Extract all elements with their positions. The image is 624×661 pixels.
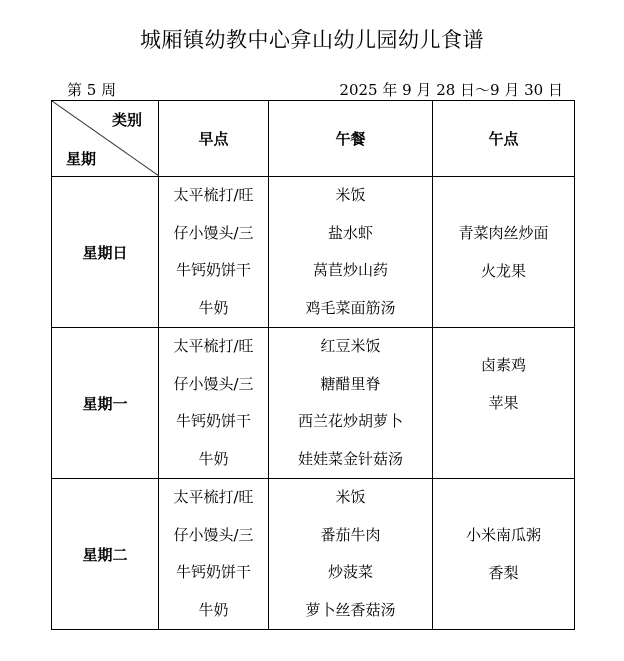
lunch-cell: 米饭 盐水虾 莴苣炒山药 鸡毛菜面筋汤: [269, 177, 433, 328]
menu-item: 牛钙奶饼干: [159, 554, 268, 592]
menu-item: 苹果: [433, 384, 574, 422]
breakfast-cell: 太平梳打/旺 仔小馒头/三 牛钙奶饼干 牛奶: [159, 177, 269, 328]
menu-item: 莴苣炒山药: [269, 252, 432, 290]
date-range: 2025 年 9 月 28 日～9 月 30 日: [339, 79, 563, 100]
corner-cell: 类别 星期: [52, 101, 159, 177]
lunch-cell: 红豆米饭 糖醋里脊 西兰花炒胡萝卜 娃娃菜金针菇汤: [269, 328, 433, 479]
table-row: 星期一 太平梳打/旺 仔小馒头/三 牛钙奶饼干 牛奶 红豆米饭 糖醋里脊 西兰花…: [52, 328, 575, 479]
menu-item: 番茄牛肉: [269, 517, 432, 555]
menu-item: 小米南瓜粥: [433, 516, 574, 554]
week-label: 第 5 周: [67, 79, 116, 100]
menu-item: 米饭: [269, 479, 432, 517]
column-header-breakfast: 早点: [159, 101, 269, 177]
menu-item: 火龙果: [433, 252, 574, 290]
menu-item: 青菜肉丝炒面: [433, 214, 574, 252]
breakfast-cell: 太平梳打/旺 仔小馒头/三 牛钙奶饼干 牛奶: [159, 328, 269, 479]
weekday-label: 星期: [66, 148, 96, 169]
menu-item: 太平梳打/旺: [159, 479, 268, 517]
menu-item: 鸡毛菜面筋汤: [269, 290, 432, 328]
day-cell: 星期日: [52, 177, 159, 328]
menu-item: 太平梳打/旺: [159, 177, 268, 215]
menu-item: 西兰花炒胡萝卜: [269, 403, 432, 441]
menu-item: 太平梳打/旺: [159, 328, 268, 366]
menu-item: 牛奶: [159, 290, 268, 328]
menu-item: 仔小馒头/三: [159, 366, 268, 404]
menu-item: 卤素鸡: [433, 346, 574, 384]
table-row: 星期二 太平梳打/旺 仔小馒头/三 牛钙奶饼干 牛奶 米饭 番茄牛肉 炒菠菜 萝…: [52, 479, 575, 630]
menu-item: 牛钙奶饼干: [159, 252, 268, 290]
snack-cell: 小米南瓜粥 香梨: [433, 479, 575, 630]
menu-item: 娃娃菜金针菇汤: [269, 441, 432, 479]
day-cell: 星期一: [52, 328, 159, 479]
menu-item: 炒菠菜: [269, 554, 432, 592]
snack-cell: 青菜肉丝炒面 火龙果: [433, 177, 575, 328]
lunch-cell: 米饭 番茄牛肉 炒菠菜 萝卜丝香菇汤: [269, 479, 433, 630]
snack-cell: 卤素鸡 苹果: [433, 328, 575, 479]
menu-item: 仔小馒头/三: [159, 215, 268, 253]
menu-item: 米饭: [269, 177, 432, 215]
day-cell: 星期二: [52, 479, 159, 630]
category-label: 类别: [112, 109, 142, 130]
menu-item: 牛钙奶饼干: [159, 403, 268, 441]
column-header-snack: 午点: [433, 101, 575, 177]
header-row: 类别 星期 早点 午餐 午点: [52, 101, 575, 177]
document-title: 城厢镇幼教中心弇山幼儿园幼儿食谱: [0, 24, 624, 54]
menu-item: 牛奶: [159, 592, 268, 630]
menu-table: 类别 星期 早点 午餐 午点 星期日 太平梳打/旺 仔小馒头/三 牛钙奶饼干 牛…: [51, 100, 575, 630]
table-row: 星期日 太平梳打/旺 仔小馒头/三 牛钙奶饼干 牛奶 米饭 盐水虾 莴苣炒山药 …: [52, 177, 575, 328]
menu-item: 红豆米饭: [269, 328, 432, 366]
column-header-lunch: 午餐: [269, 101, 433, 177]
menu-item: 糖醋里脊: [269, 366, 432, 404]
menu-item: 萝卜丝香菇汤: [269, 592, 432, 630]
menu-item: 仔小馒头/三: [159, 517, 268, 555]
menu-item: 香梨: [433, 554, 574, 592]
menu-item: 盐水虾: [269, 215, 432, 253]
menu-item: 牛奶: [159, 441, 268, 479]
breakfast-cell: 太平梳打/旺 仔小馒头/三 牛钙奶饼干 牛奶: [159, 479, 269, 630]
